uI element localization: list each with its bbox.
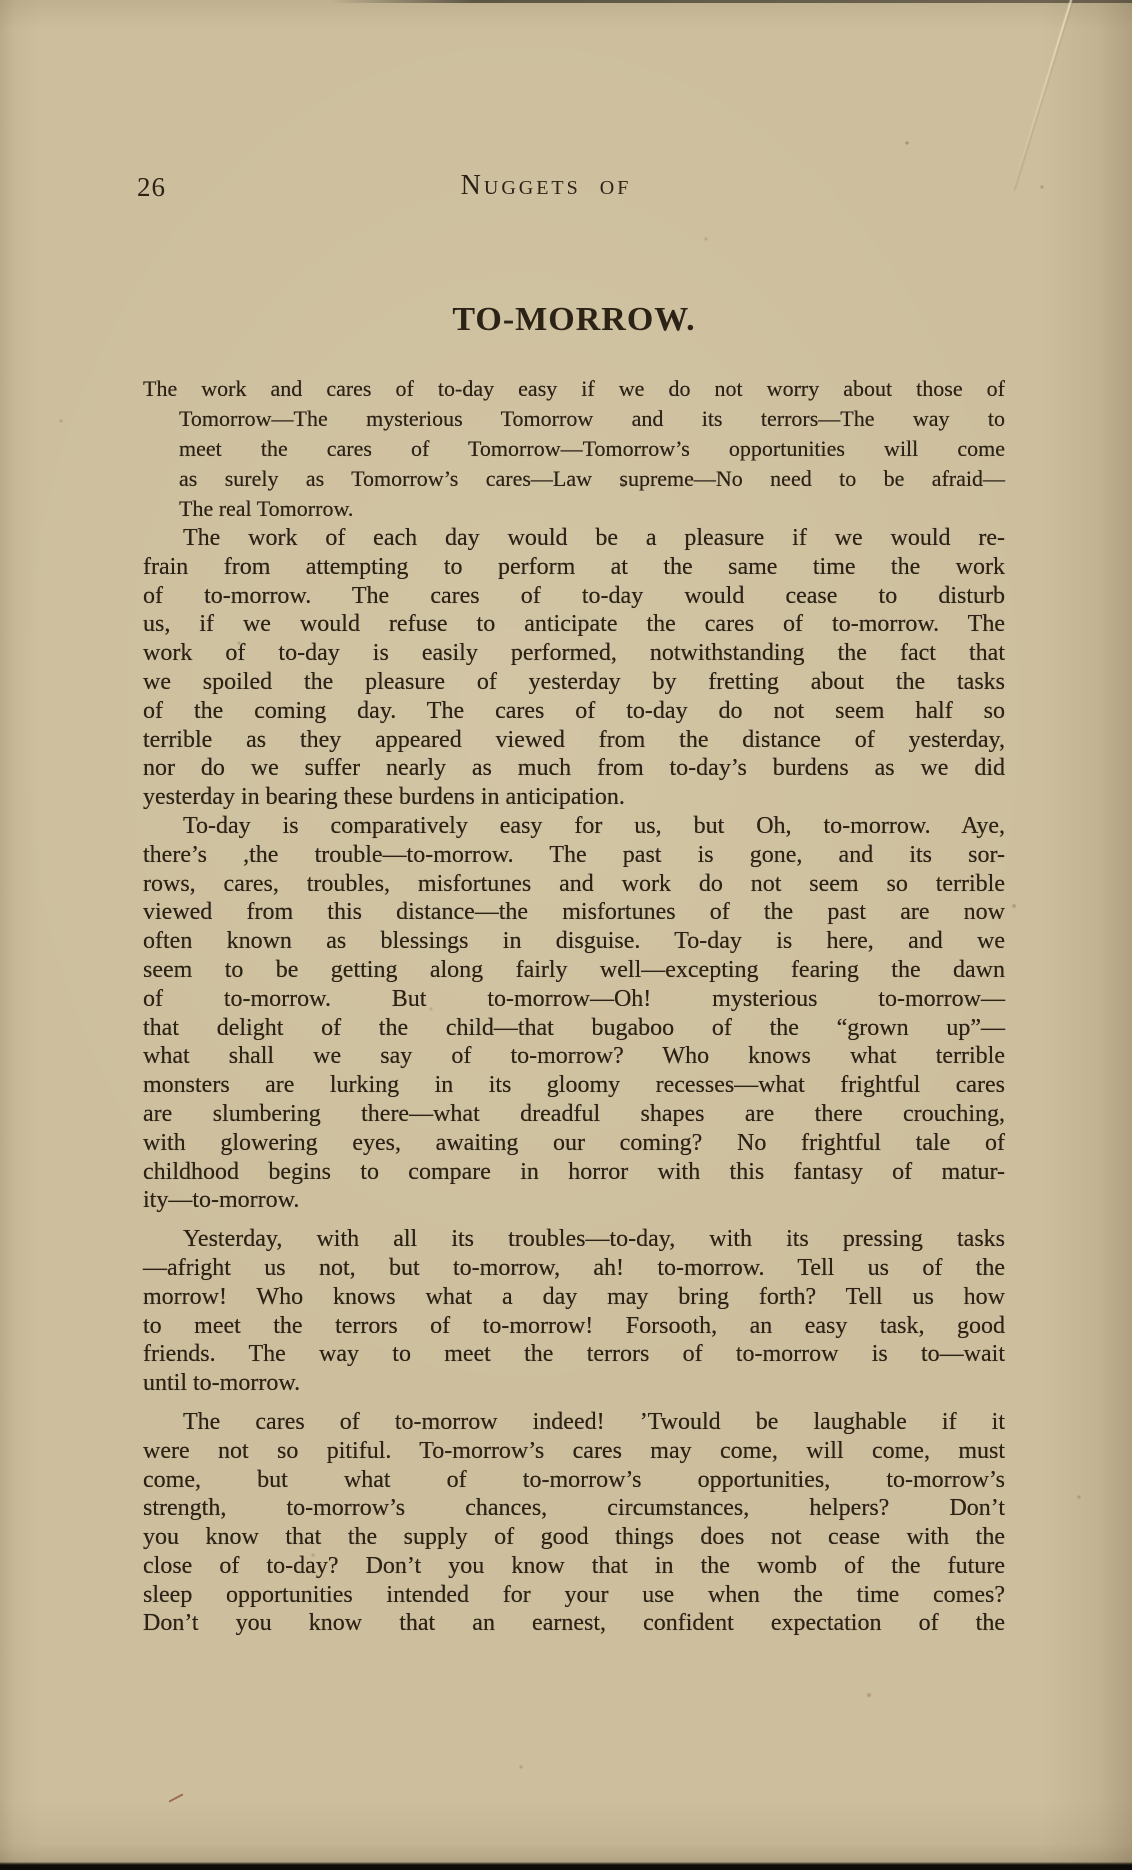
text-line: what shall we say of to-morrow? Who know… — [143, 1042, 1005, 1071]
text-line: until to-morrow. — [143, 1369, 1005, 1398]
paragraph: The work of each day would be a pleasure… — [143, 524, 1005, 812]
text-line: rows, cares, troubles, misfortunes and w… — [143, 870, 1005, 899]
running-head-title: Nuggets of — [115, 170, 977, 202]
text-line: strength, to-morrow’s chances, circumsta… — [143, 1494, 1005, 1523]
text-line: to meet the terrors of to-morrow! Forsoo… — [143, 1312, 1005, 1341]
running-header: 26 Nuggets of — [143, 170, 1005, 202]
chapter-title: TO-MORROW. — [143, 301, 1005, 339]
text-line: childhood begins to compare in horror wi… — [143, 1158, 1005, 1187]
text-line: Don’t you know that an earnest, confiden… — [143, 1609, 1005, 1638]
text-line: frain from attempting to perform at the … — [143, 553, 1005, 582]
paper-speckles — [0, 0, 2, 2]
text-line: friends. The way to meet the terrors of … — [143, 1340, 1005, 1369]
body-text: The work of each day would be a pleasure… — [143, 524, 1005, 1638]
text-line: seem to be getting along fairly well—exc… — [143, 956, 1005, 985]
text-line: that delight of the child—that bugaboo o… — [143, 1014, 1005, 1043]
text-line: sleep opportunities intended for your us… — [143, 1581, 1005, 1610]
summary-line: The work and cares of to-day easy if we … — [143, 374, 1005, 404]
text-line: there’s ,the trouble—to-morrow. The past… — [143, 841, 1005, 870]
ink-fleck — [168, 1793, 183, 1802]
text-line: of to-morrow. But to-morrow—Oh! mysterio… — [143, 985, 1005, 1014]
text-line: with glowering eyes, awaiting our coming… — [143, 1129, 1005, 1158]
text-line: close of to-day? Don’t you know that in … — [143, 1552, 1005, 1581]
paragraph: Yesterday, with all its troubles—to-day,… — [143, 1225, 1005, 1398]
text-line: The work of each day would be a pleasure… — [143, 524, 1005, 553]
text-line: you know that the supply of good things … — [143, 1523, 1005, 1552]
book-page-scan: 26 Nuggets of TO-MORROW. The work and ca… — [0, 0, 1132, 1870]
text-line: The cares of to-morrow indeed! ’Twould b… — [143, 1408, 1005, 1437]
text-line: —afright us not, but to-morrow, ah! to-m… — [143, 1254, 1005, 1283]
text-line: ity—to-morrow. — [143, 1186, 1005, 1215]
text-line: we spoiled the pleasure of yesterday by … — [143, 668, 1005, 697]
text-line: often known as blessings in disguise. To… — [143, 927, 1005, 956]
scan-edge-bottom — [0, 1862, 1132, 1870]
text-line: Yesterday, with all its troubles—to-day,… — [143, 1225, 1005, 1254]
chapter-summary: The work and cares of to-day easy if we … — [143, 374, 1005, 524]
text-line: viewed from this distance—the misfortune… — [143, 898, 1005, 927]
text-line: come, but what of to-morrow’s opportunit… — [143, 1466, 1005, 1495]
scan-edge-top — [330, 0, 1132, 3]
text-line: monsters are lurking in its gloomy reces… — [143, 1071, 1005, 1100]
text-line: morrow! Who knows what a day may bring f… — [143, 1283, 1005, 1312]
summary-line: Tomorrow—The mysterious Tomorrow and its… — [143, 404, 1005, 434]
text-line: are slumbering there—what dreadful shape… — [143, 1100, 1005, 1129]
paragraph: The cares of to-morrow indeed! ’Twould b… — [143, 1408, 1005, 1638]
summary-line: meet the cares of Tomorrow—Tomorrow’s op… — [143, 434, 1005, 464]
text-line: us, if we would refuse to anticipate the… — [143, 610, 1005, 639]
text-line: terrible as they appeared viewed from th… — [143, 726, 1005, 755]
summary-line: The real Tomorrow. — [143, 494, 1005, 524]
text-line: of the coming day. The cares of to-day d… — [143, 697, 1005, 726]
text-line: were not so pitiful. To-morrow’s cares m… — [143, 1437, 1005, 1466]
text-line: work of to-day is easily performed, notw… — [143, 639, 1005, 668]
text-line: nor do we suffer nearly as much from to-… — [143, 754, 1005, 783]
text-line: yesterday in bearing these burdens in an… — [143, 783, 1005, 812]
paper-crease — [1012, 0, 1074, 190]
text-line: of to-morrow. The cares of to-day would … — [143, 582, 1005, 611]
text-line: To-day is comparatively easy for us, but… — [143, 812, 1005, 841]
paragraph: To-day is comparatively easy for us, but… — [143, 812, 1005, 1215]
summary-line: as surely as Tomorrow’s cares—Law suprem… — [143, 464, 1005, 494]
